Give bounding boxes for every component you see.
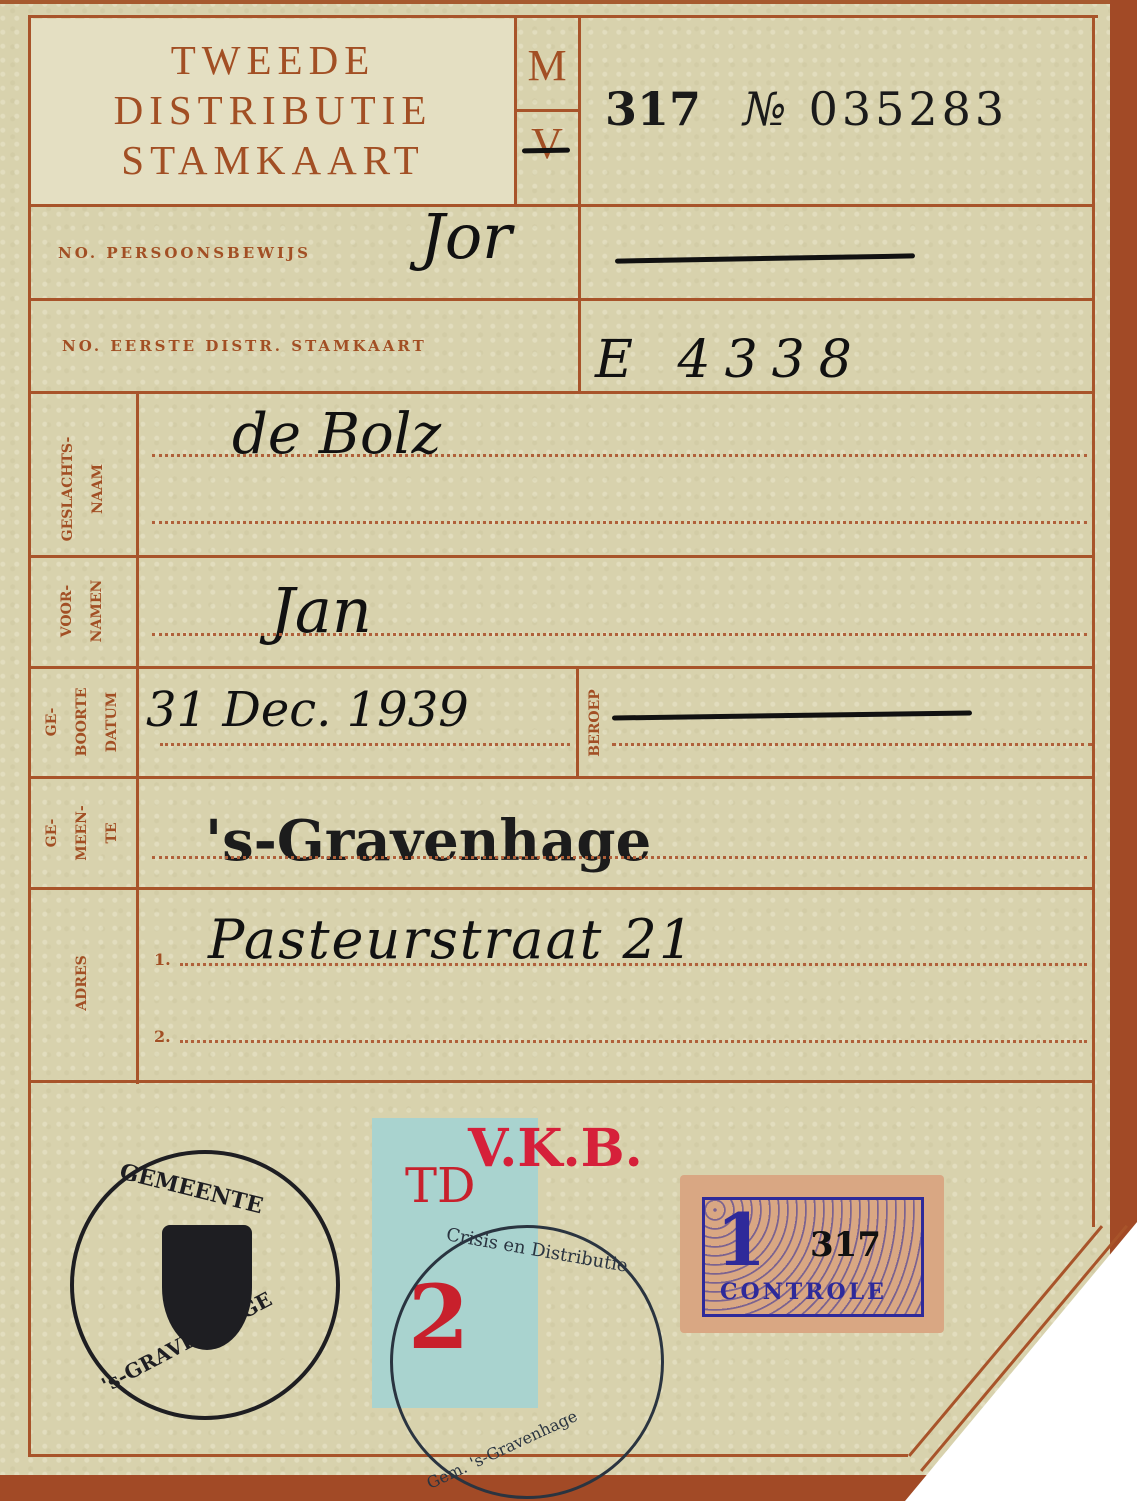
card-title: TWEEDE DISTRIBUTIE STAMKAART — [31, 35, 515, 185]
row-line-6 — [28, 776, 1095, 779]
row-line-5 — [28, 666, 1095, 669]
control-stamp-district: 317 — [810, 1225, 881, 1265]
control-stamp: 1 317 CONTROLE — [680, 1175, 944, 1333]
gemeente-label: GE- MEEN- TE — [37, 778, 127, 888]
label-line: BOORTE — [67, 667, 97, 777]
geslachtsnaam-label: GESLACHTS- NAAM — [53, 419, 113, 559]
row-line-4 — [28, 555, 1095, 558]
adres-line-1-number: 1. — [154, 950, 171, 969]
geslachtsnaam-dotted-line-2 — [152, 521, 1087, 524]
serial-number: 317№035283 — [605, 82, 1008, 136]
frame-top — [28, 15, 1098, 18]
row-line-3 — [28, 391, 1095, 394]
voornamen-value: Jan — [270, 574, 372, 647]
label-line: NAMEN — [82, 556, 112, 666]
beroep-divider — [576, 666, 579, 777]
row-line-7 — [28, 887, 1095, 890]
diagonal-line-outer — [920, 1225, 1128, 1472]
geslachtsnaam-value: de Bolz — [232, 402, 441, 467]
female-strikethrough — [522, 148, 570, 154]
title-line-3: STAMKAART — [31, 135, 515, 185]
td-stamp-code: TD — [405, 1158, 476, 1214]
beroep-dotted-line — [612, 743, 1092, 746]
row-line-2 — [28, 298, 1095, 301]
sex-male-option: M — [517, 40, 577, 91]
frame-right — [1092, 15, 1095, 1227]
adres-label: ADRES — [67, 943, 97, 1023]
geboortedatum-label: GE- BOORTE DATUM — [37, 667, 127, 777]
label-line: GESLACHTS- — [53, 419, 83, 559]
label-column-divider — [136, 391, 139, 1084]
voornamen-dotted-line — [152, 633, 1087, 636]
top-edge-border — [0, 0, 1137, 4]
label-line: VOOR- — [52, 556, 82, 666]
adres-dotted-line-1 — [180, 963, 1087, 966]
distribution-card: TWEEDE DISTRIBUTIE STAMKAART M V 317№035… — [0, 0, 1137, 1501]
persoonsbewijs-label: NO. PERSOONSBEWIJS — [58, 244, 311, 262]
vkb-red-stamp: V.K.B. — [468, 1118, 643, 1179]
coat-of-arms-icon — [162, 1225, 252, 1350]
card-number: 035283 — [809, 82, 1009, 136]
label-line: GE- — [37, 667, 67, 777]
geboortedatum-dotted-line — [160, 743, 570, 746]
persoonsbewijs-handwriting: Jor — [420, 200, 512, 273]
label-line: NAAM — [83, 419, 113, 559]
persoonsbewijs-value-dash — [615, 253, 915, 263]
eerste-stamkaart-value: E 4338 — [595, 330, 866, 390]
label-line: MEEN- — [67, 778, 97, 888]
title-line-1: TWEEDE — [31, 35, 515, 85]
sex-female-option: V — [517, 118, 577, 169]
gemeente-dotted-line — [152, 856, 1087, 859]
gemeente-value: 's-Gravenhage — [205, 808, 651, 874]
beroep-value-dash — [612, 710, 972, 720]
voornamen-label: VOOR- NAMEN — [52, 556, 112, 666]
beroep-label: BEROEP — [580, 688, 610, 758]
geslachtsnaam-dotted-line-1 — [152, 454, 1087, 457]
label-line: GE- — [37, 778, 67, 888]
row-line-8 — [28, 1080, 1095, 1083]
eerste-stamkaart-label: NO. EERSTE DISTR. STAMKAART — [62, 337, 427, 355]
row-line-1 — [28, 204, 1095, 207]
numero-sign: № — [743, 82, 787, 136]
frame-left — [28, 15, 31, 1457]
geboortedatum-value: 31 Dec. 1939 — [146, 682, 469, 738]
control-stamp-value: 1 — [716, 1197, 766, 1282]
label-line: TE — [97, 778, 127, 888]
title-line-2: DISTRIBUTIE — [31, 85, 515, 135]
right-edge-border — [1110, 0, 1137, 1501]
adres-dotted-line-2 — [180, 1040, 1087, 1043]
label-line: DATUM — [97, 667, 127, 777]
district-code: 317 — [605, 82, 701, 136]
adres-line-1-value: Pasteurstraat 21 — [208, 908, 695, 971]
adres-line-2-number: 2. — [154, 1027, 171, 1046]
control-stamp-label: CONTROLE — [720, 1279, 887, 1305]
mv-divider — [514, 109, 578, 112]
